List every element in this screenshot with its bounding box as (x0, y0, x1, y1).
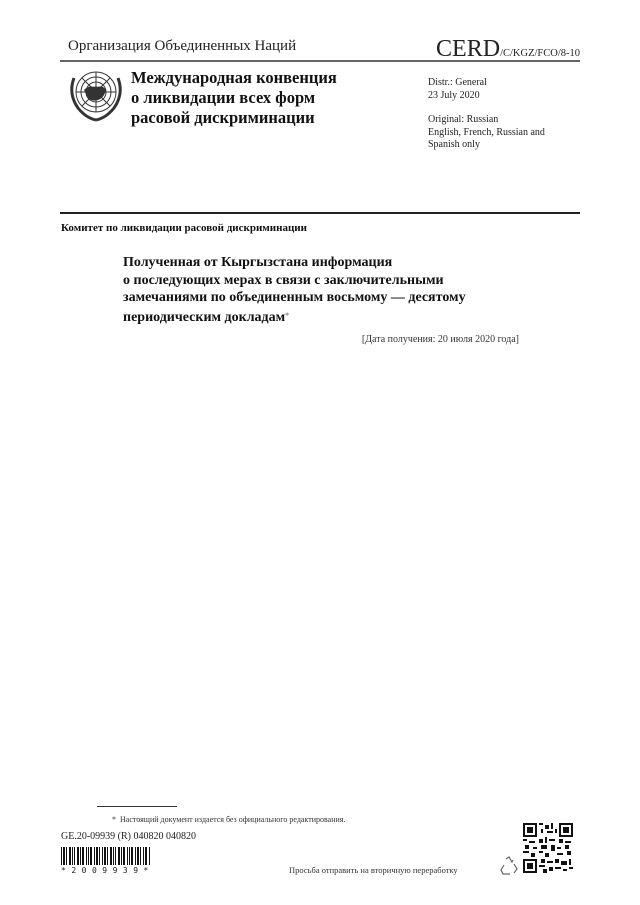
barcode-number: *2009939* (61, 866, 154, 875)
footnote-marker[interactable]: * (285, 311, 289, 320)
document-title-line: Полученная от Кыргызстана информация (123, 254, 543, 272)
distribution-block: Distr.: General 23 July 2020 Original: R… (428, 77, 545, 152)
symbol-main: CERD (436, 36, 500, 62)
symbol-suffix: /C/KGZ/FCO/8-10 (500, 48, 580, 59)
un-emblem-icon (68, 64, 124, 126)
header-rule (60, 60, 580, 62)
recycle-notice: Просьба отправить на вторичную переработ… (289, 865, 458, 875)
document-title-line: о последующих мерах в связи с заключител… (123, 272, 543, 290)
recycle-icon (498, 855, 520, 877)
document-title: Полученная от Кыргызстана информация о п… (123, 254, 543, 326)
footnote: * Настоящий документ издается без официа… (112, 815, 345, 824)
languages-line: Spanish only (428, 139, 545, 152)
distribution-type: Distr.: General (428, 77, 545, 90)
footnote-marker: * (112, 815, 116, 824)
original-language: Original: Russian (428, 114, 545, 127)
section-rule (60, 212, 580, 214)
distribution-date: 23 July 2020 (428, 90, 545, 103)
document-title-line: замечаниями по объединенным восьмому — д… (123, 289, 543, 307)
convention-title-line: расовой дискриминации (131, 108, 337, 128)
document-title-line: периодическим докладам (123, 310, 285, 325)
footnote-rule (97, 806, 177, 807)
document-symbol: CERD/C/KGZ/FCO/8-10 (436, 36, 580, 63)
convention-title-line: Международная конвенция (131, 68, 337, 88)
organization-name: Организация Объединенных Наций (68, 38, 296, 55)
barcode-icon (61, 847, 151, 865)
footnote-text: Настоящий документ издается без официаль… (120, 815, 345, 824)
convention-title: Международная конвенция о ликвидации все… (131, 68, 337, 128)
received-date: [Дата получения: 20 июля 2020 года] (362, 334, 519, 345)
languages-line: English, French, Russian and (428, 127, 545, 140)
convention-title-line: о ликвидации всех форм (131, 88, 337, 108)
qr-code-icon (523, 823, 573, 873)
committee-name: Комитет по ликвидации расовой дискримина… (61, 222, 307, 234)
job-code: GE.20-09939 (R) 040820 040820 (61, 831, 196, 842)
